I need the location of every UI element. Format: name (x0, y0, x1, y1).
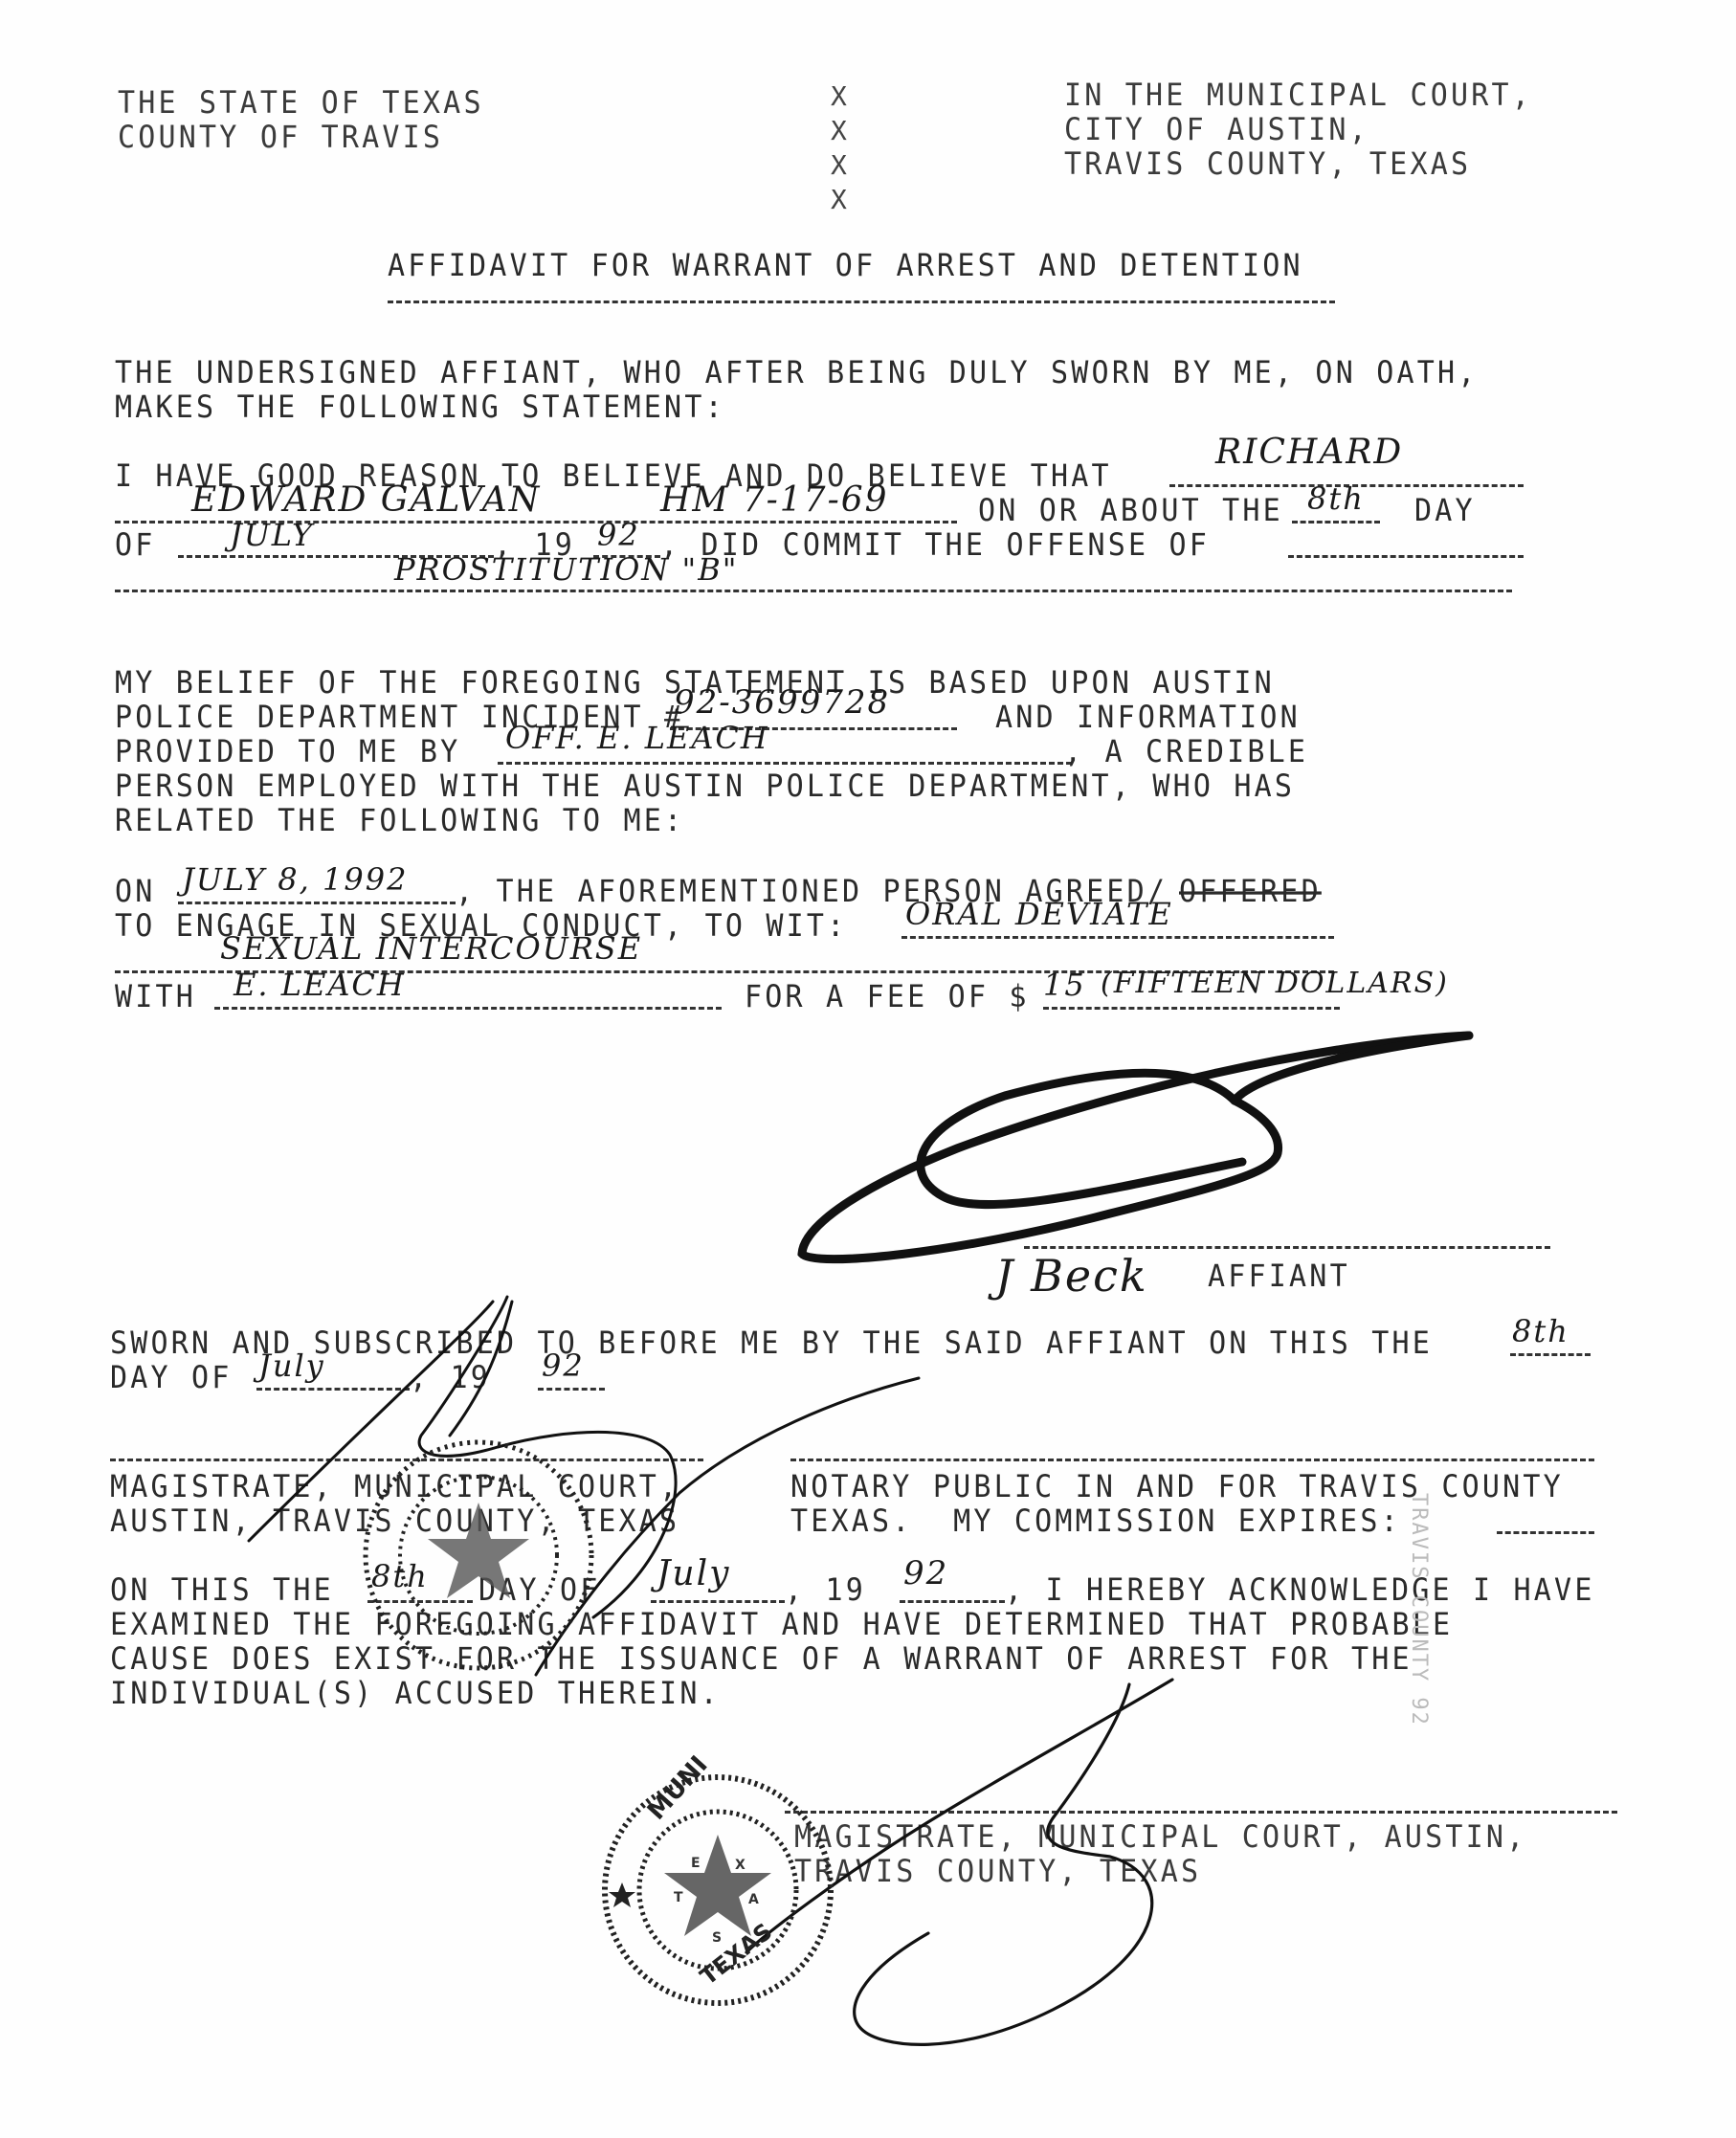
caption-state: THE STATE OF TEXAS (118, 84, 484, 122)
sworn-month-blank (256, 1388, 410, 1391)
conduct-on-label: ON (115, 873, 156, 911)
svg-text:T: T (674, 1890, 683, 1905)
caption-county-state: TRAVIS COUNTY, TEXAS (1064, 145, 1471, 184)
affiant-printed-name: J Beck (995, 1250, 1148, 1302)
svg-text:E: E (691, 1856, 701, 1871)
accused-first-name: RICHARD (1215, 433, 1403, 472)
title-underline (388, 301, 1335, 303)
caption-separator-x: X (831, 115, 847, 146)
sworn-day: 8th (1512, 1313, 1569, 1349)
struck-offered: OFFERED (1179, 873, 1322, 911)
ack-year-blank (900, 1600, 1005, 1603)
ack-month: July (657, 1554, 730, 1593)
belief-line-4: PERSON EMPLOYED WITH THE AUSTIN POLICE D… (115, 768, 1295, 806)
caption-county: COUNTY OF TRAVIS (118, 119, 443, 157)
ack-day-of: DAY OF (479, 1571, 601, 1610)
ack-year: 92 (903, 1554, 948, 1592)
affidavit-page: THE STATE OF TEXAS COUNTY OF TRAVIS X X … (0, 0, 1736, 2138)
statement-offense-of: , DID COMMIT THE OFFENSE OF (660, 526, 1210, 565)
sworn-year-blank (538, 1388, 605, 1391)
ack-day: 8th (371, 1558, 429, 1594)
sworn-day-of: DAY OF (110, 1359, 233, 1397)
commission-expires-blank (1497, 1531, 1594, 1534)
affiant-label: AFFIANT (1208, 1258, 1350, 1296)
notary-block-1: NOTARY PUBLIC IN AND FOR TRAVIS COUNTY (790, 1468, 1564, 1506)
caption-court: IN THE MUNICIPAL COURT, (1064, 77, 1532, 115)
conduct-date: JULY 8, 1992 (182, 861, 408, 898)
offense-day: 8th (1307, 480, 1365, 517)
ack-line-4: INDIVIDUAL(S) ACCUSED THEREIN. (110, 1675, 721, 1713)
offense-blank-b (115, 590, 1512, 592)
fee-label: FOR A FEE OF $ (745, 978, 1030, 1016)
ack-day-blank (367, 1600, 473, 1603)
conduct-with-label: WITH (115, 978, 196, 1016)
svg-text:S: S (712, 1930, 722, 1946)
ack-line-1-suffix: , I HEREBY ACKNOWLEDGE I HAVE (1005, 1571, 1595, 1610)
magistrate-block-1: MAGISTRATE, MUNICIPAL COURT, (110, 1468, 679, 1506)
with-person: E. LEACH (234, 967, 406, 1003)
notary-signature-line (790, 1459, 1594, 1461)
conduct-part-1: ORAL DEVIATE (905, 896, 1173, 932)
statement-about-the: ON OR ABOUT THE (978, 492, 1283, 530)
informant-name: OFF. E. LEACH (505, 720, 769, 756)
final-block-1: MAGISTRATE, MUNICIPAL COURT, AUSTIN, (794, 1818, 1526, 1857)
sworn-year: 92 (542, 1347, 585, 1384)
fee-words: (FIFTEEN DOLLARS) (1101, 967, 1449, 1000)
belief-line-2-suffix: AND INFORMATION (995, 699, 1301, 737)
caption-separator-x: X (831, 80, 847, 112)
final-magistrate-signature-line (785, 1811, 1617, 1814)
ack-line-1-prefix: ON THIS THE (110, 1571, 334, 1610)
offense-month: JULY (230, 517, 314, 553)
affiant-signature-icon (802, 1036, 1469, 1259)
magistrate-signature-line (110, 1459, 703, 1461)
informant-blank (498, 762, 1072, 765)
caption-city: CITY OF AUSTIN, (1064, 111, 1369, 149)
filing-stamp: TRAVIS COUNTY 92 (1407, 1493, 1431, 1726)
fee-amount: 15 (1043, 967, 1086, 1003)
offense-blank-a (1288, 555, 1524, 558)
accused-descriptor: HM 7-17-69 (660, 480, 889, 520)
caption-separator-x: X (831, 149, 847, 181)
svg-text:A: A (748, 1892, 759, 1907)
final-block-2: TRAVIS COUNTY, TEXAS (794, 1853, 1201, 1891)
fee-blank (1043, 1007, 1340, 1010)
conduct-blank-a (901, 936, 1334, 939)
with-person-blank (214, 1007, 722, 1010)
magistrate-block-2: AUSTIN, TRAVIS COUNTY, TEXAS (110, 1503, 679, 1541)
intro-line-2: MAKES THE FOLLOWING STATEMENT: (115, 389, 725, 427)
ack-line-3: CAUSE DOES EXIST FOR THE ISSUANCE OF A W… (110, 1640, 1413, 1679)
statement-day-label: DAY (1414, 492, 1476, 530)
sworn-day-blank (1510, 1353, 1591, 1356)
document-title: AFFIDAVIT FOR WARRANT OF ARREST AND DETE… (388, 247, 1303, 285)
offense-name: PROSTITUTION "B" (394, 551, 738, 588)
conduct-part-2: SEXUAL INTERCOURSE (220, 930, 642, 967)
belief-line-3-prefix: PROVIDED TO ME BY (115, 733, 460, 771)
sworn-month: July (258, 1347, 325, 1384)
caption-separator-x: X (831, 184, 847, 215)
incident-number: 92-3699728 (674, 683, 890, 722)
ack-line-2: EXAMINED THE FOREGOING AFFIDAVIT AND HAV… (110, 1606, 1453, 1644)
ack-month-blank (651, 1600, 785, 1603)
ack-19: , 19 (785, 1571, 866, 1610)
signatures-and-seals: MUNI TEXAS E X T A S (0, 0, 1736, 2138)
offense-day-blank (1292, 521, 1380, 523)
belief-line-3-suffix: , A CREDIBLE (1064, 733, 1308, 771)
offense-year: 92 (597, 517, 640, 553)
svg-text:MUNI: MUNI (642, 1750, 714, 1825)
notary-block-2: TEXAS. MY COMMISSION EXPIRES: (790, 1503, 1401, 1541)
intro-line-1: THE UNDERSIGNED AFFIANT, WHO AFTER BEING… (115, 354, 1479, 392)
belief-line-5: RELATED THE FOLLOWING TO ME: (115, 802, 684, 840)
conduct-date-blank (178, 902, 456, 904)
affiant-signature-line (1024, 1246, 1550, 1249)
svg-text:X: X (735, 1858, 746, 1873)
svg-text:TEXAS: TEXAS (695, 1918, 777, 1991)
sworn-19: , 19 (410, 1359, 491, 1397)
statement-of-label: OF (115, 526, 156, 565)
accused-rest-name: EDWARD GALVAN (191, 480, 541, 520)
